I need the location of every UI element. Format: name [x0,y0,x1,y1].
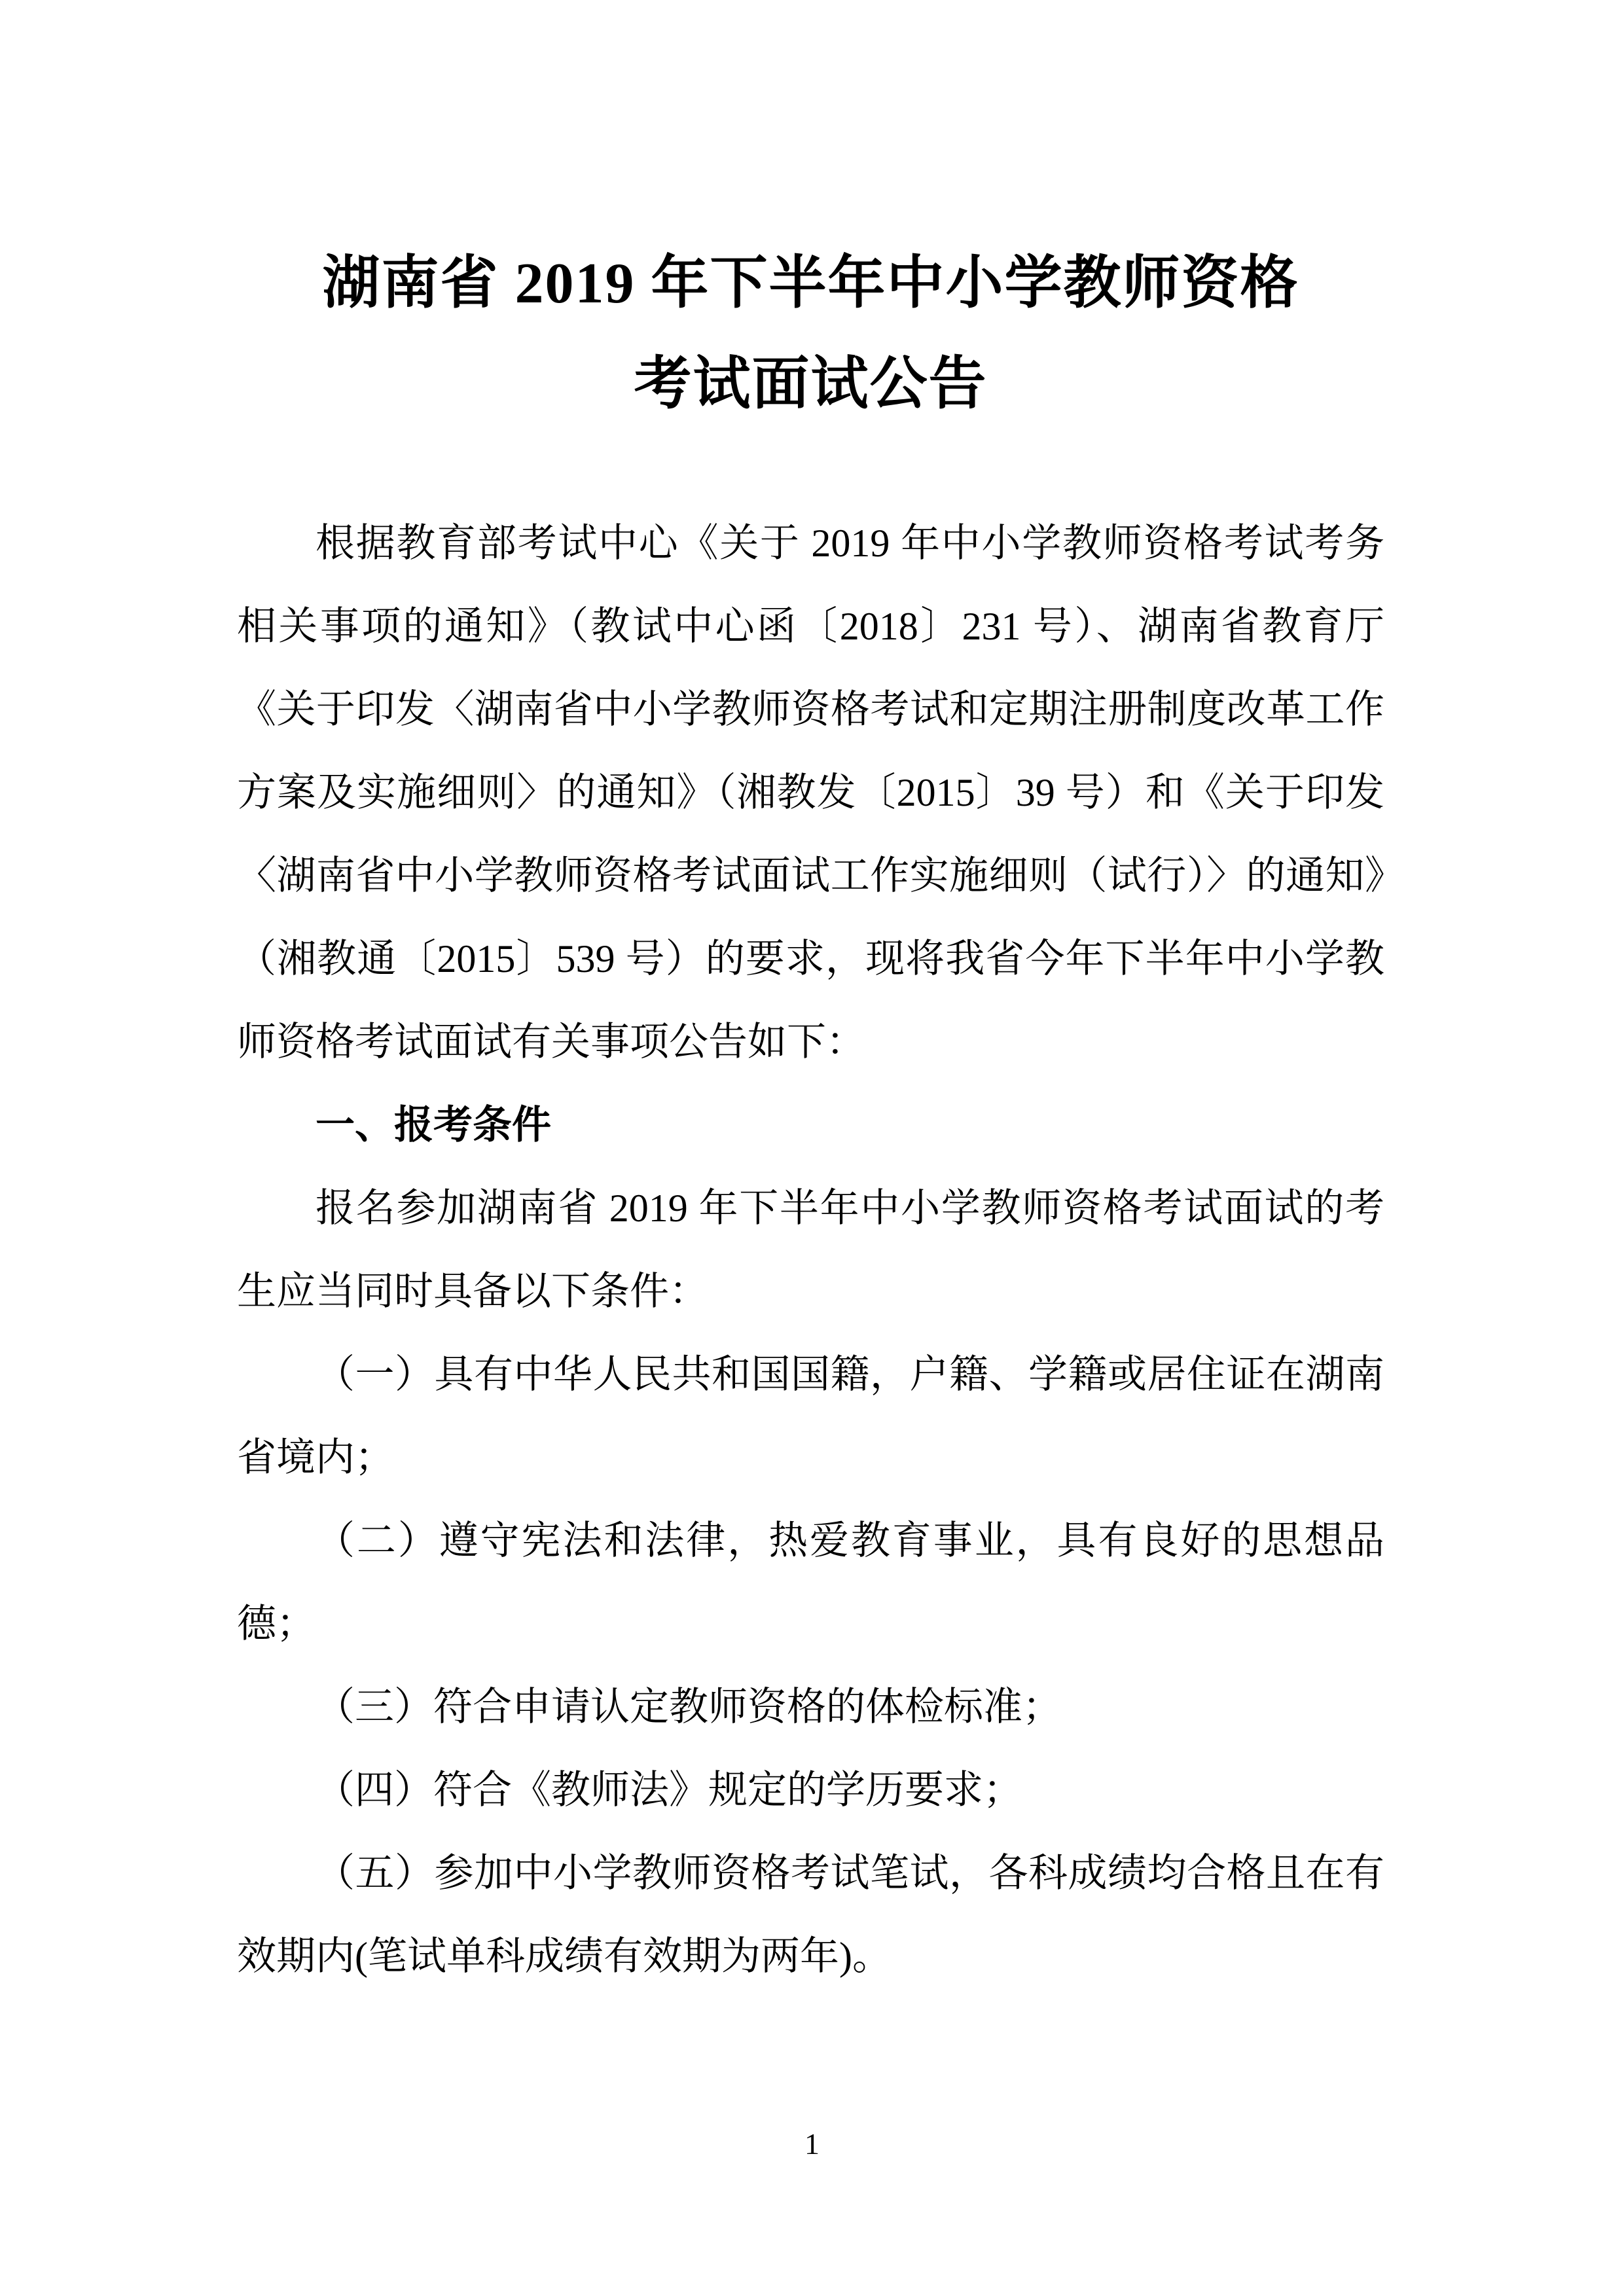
document-title: 湖南省 2019 年下半年中小学教师资格 考试面试公告 [237,234,1384,435]
condition-item-5: （五）参加中小学教师资格考试笔试，各科成绩均合格且在有效期内(笔试单科成绩有效期… [237,1832,1384,1998]
condition-item-2: （二）遵守宪法和法律，热爱教育事业，具有良好的思想品德； [237,1499,1384,1666]
section-1-heading: 一、报考条件 [237,1084,1384,1167]
document-page: 湖南省 2019 年下半年中小学教师资格 考试面试公告 根据教育部考试中心《关于… [0,0,1624,2296]
condition-item-1: （一）具有中华人民共和国国籍，户籍、学籍或居住证在湖南省境内； [237,1333,1384,1499]
intro-paragraph: 根据教育部考试中心《关于 2019 年中小学教师资格考试考务相关事项的通知》（教… [237,502,1384,1084]
document-title-line-1: 湖南省 2019 年下半年中小学教师资格 [237,234,1384,334]
document-body: 根据教育部考试中心《关于 2019 年中小学教师资格考试考务相关事项的通知》（教… [237,502,1384,1998]
condition-item-3: （三）符合申请认定教师资格的体检标准； [237,1666,1384,1749]
section-1-intro-paragraph: 报名参加湖南省 2019 年下半年中小学教师资格考试面试的考生应当同时具备以下条… [237,1167,1384,1333]
page-number: 1 [0,2126,1624,2162]
document-title-line-2: 考试面试公告 [237,334,1384,435]
condition-item-4: （四）符合《教师法》规定的学历要求； [237,1749,1384,1832]
